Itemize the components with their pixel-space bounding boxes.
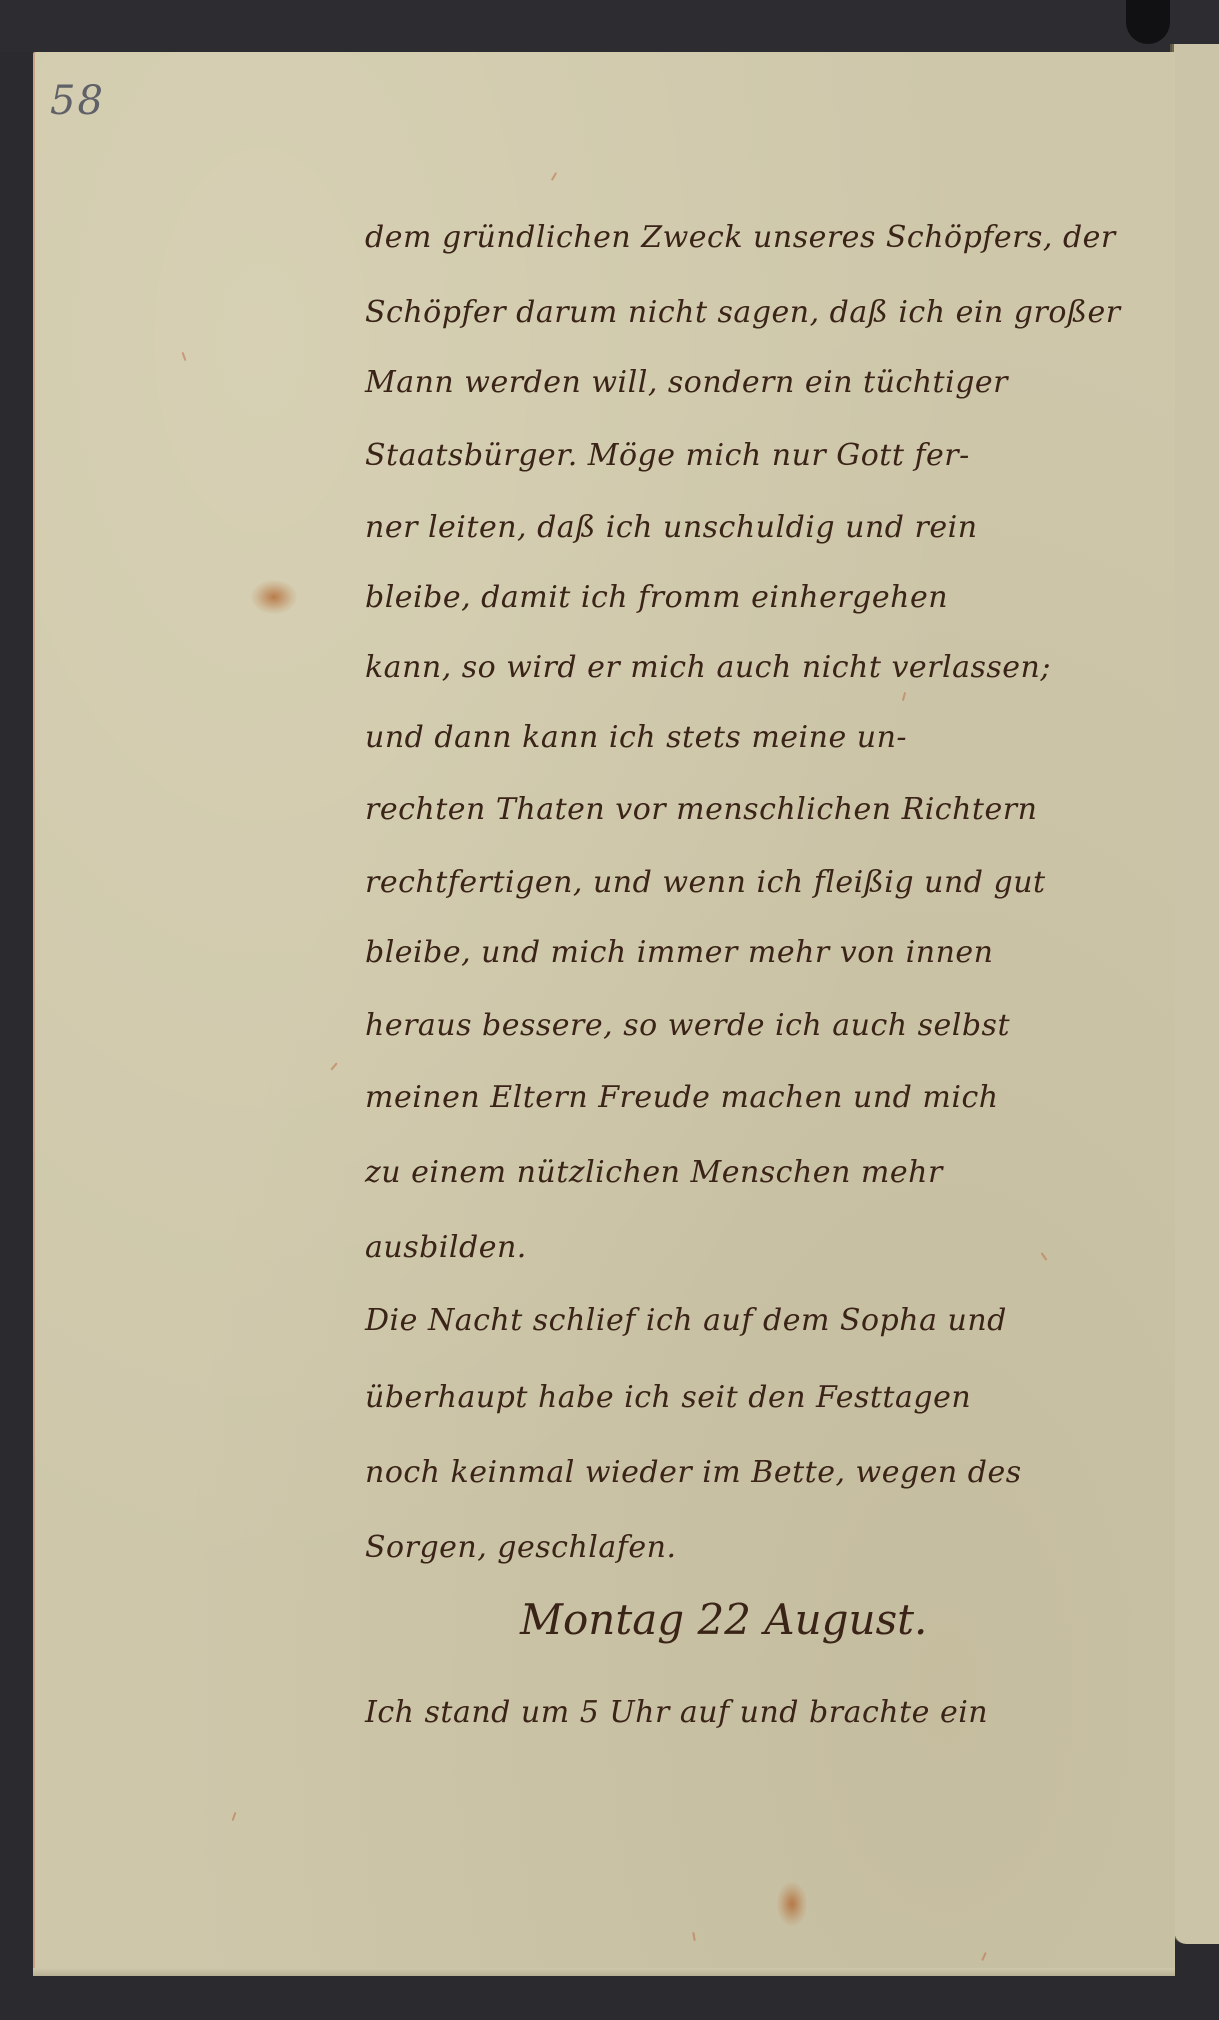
text-line: Staatsbürger. Möge mich nur Gott fer- <box>365 438 970 473</box>
paper-fiber <box>692 1932 696 1941</box>
ink-stain <box>251 580 297 614</box>
text-line: und dann kann ich stets meine un- <box>365 720 907 755</box>
paper-fiber <box>182 352 187 361</box>
text-line: noch keinmal wieder im Bette, wegen des <box>365 1455 1022 1490</box>
paper-fiber <box>551 172 557 181</box>
text-line: rechtfertigen, und wenn ich fleißig und … <box>365 865 1046 900</box>
text-line: zu einem nützlichen Menschen mehr <box>365 1155 943 1190</box>
date-heading: Montag 22 August. <box>520 1595 927 1644</box>
page-number: 58 <box>50 78 105 124</box>
scan-background <box>0 0 1219 52</box>
paper-fiber <box>330 1062 337 1070</box>
text-line: rechten Thaten vor menschlichen Richtern <box>365 792 1037 827</box>
text-line: Schöpfer darum nicht sagen, daß ich ein … <box>365 295 1121 330</box>
binding-clip <box>1126 0 1170 44</box>
text-line: meinen Eltern Freude machen und mich <box>365 1080 999 1115</box>
text-line: ner leiten, daß ich unschuldig und rein <box>365 510 978 545</box>
text-line: Mann werden will, sondern ein tüchtiger <box>365 365 1008 400</box>
adjacent-page-edge <box>1172 44 1219 1944</box>
text-line: ausbilden. <box>365 1230 527 1265</box>
page-bottom-edge <box>33 1968 1175 1976</box>
paper-fiber <box>232 1812 237 1821</box>
text-line: kann, so wird er mich auch nicht verlass… <box>365 650 1051 685</box>
text-line: bleibe, damit ich fromm einhergehen <box>365 580 948 615</box>
text-line: Die Nacht schlief ich auf dem Sopha und <box>365 1303 1007 1338</box>
text-line: Sorgen, geschlafen. <box>365 1530 676 1565</box>
text-line: heraus bessere, so werde ich auch selbst <box>365 1008 1010 1043</box>
paper-fiber <box>981 1952 987 1961</box>
text-line: dem gründlichen Zweck unseres Schöpfers,… <box>365 220 1116 255</box>
paper-fiber <box>1041 1252 1048 1261</box>
text-line: überhaupt habe ich seit den Festtagen <box>365 1380 971 1415</box>
ink-stain <box>777 1882 807 1926</box>
text-line: bleibe, und mich immer mehr von innen <box>365 935 993 970</box>
paper-fiber <box>902 692 906 701</box>
text-line: Ich stand um 5 Uhr auf und brachte ein <box>365 1695 988 1730</box>
